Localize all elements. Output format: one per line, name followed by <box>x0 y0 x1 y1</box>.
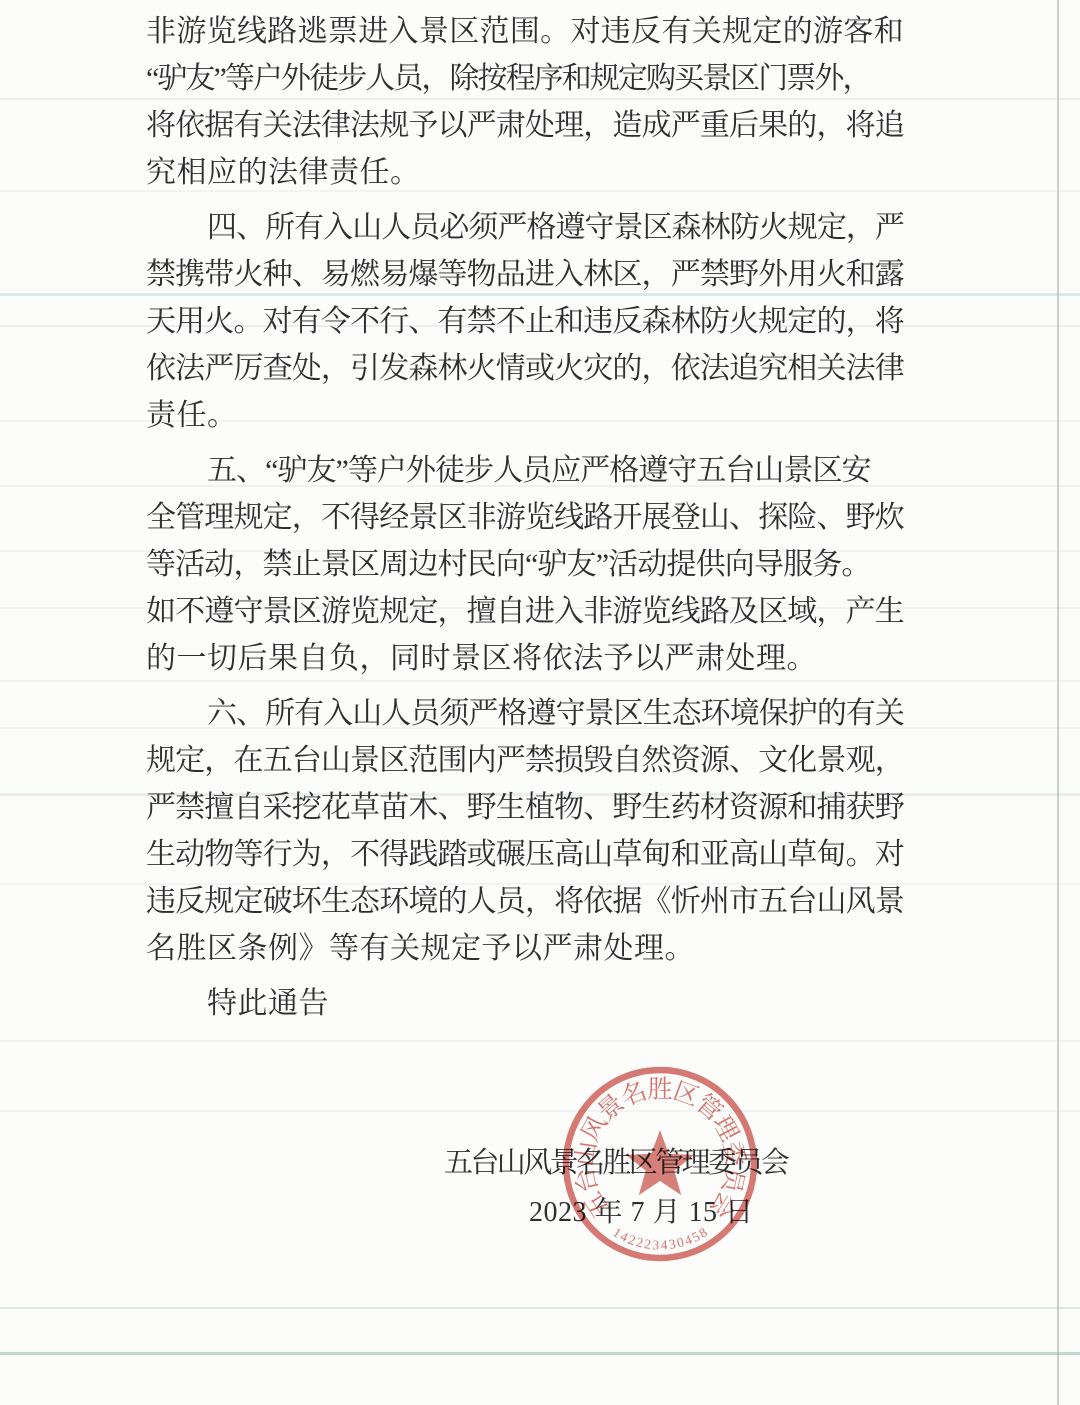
scan-artifact-line <box>0 1040 1080 1042</box>
seal-arc-char: 胜 <box>647 1076 672 1104</box>
text-line: “驴友”等户外徒步人员，除按程序和规定购买景区门票外， <box>146 55 906 102</box>
text-line: 等活动，禁止景区周边村民向“驴友”活动提供向导服务。 <box>146 541 906 588</box>
text-line: 全管理规定，不得经景区非游览线路开展登山、探险、野炊 <box>146 494 906 541</box>
text-line: 究相应的法律责任。 <box>146 149 906 196</box>
official-seal: 五台山风景名胜区管理委员会142223430458 <box>559 1063 761 1265</box>
text-line: 严禁擅自采挖花草苗木、野生植物、野生药材资源和捕获野 <box>146 784 906 831</box>
star-icon <box>626 1130 694 1195</box>
text-line: 禁携带火种、易燃易爆等物品进入林区，严禁野外用火和露 <box>146 251 906 298</box>
seal-arc-char: 委 <box>718 1139 749 1168</box>
seal-code-digit: 2 <box>643 1236 652 1252</box>
text-line: 将依据有关法律法规予以严肃处理，造成严重后果的，将追 <box>146 102 906 149</box>
document-body: 非游览线路逃票进入景区范围。对违反有关规定的游客和“驴友”等户外徒步人员，除按程… <box>146 8 906 1027</box>
text-line: 生动物等行为，不得践踏或碾压高山草甸和亚高山草甸。对 <box>146 831 906 878</box>
text-line: 天用火。对有令不行、有禁不止和违反森林防火规定的，将 <box>146 298 906 345</box>
text-line: 四、所有入山人员必须严格遵守景区森林防火规定，严 <box>146 204 906 251</box>
text-line: 如不遵守景区游览规定，擅自进入非游览线路及区域，产生 <box>146 588 906 635</box>
text-line: 六、所有入山人员须严格遵守景区生态环境保护的有关 <box>146 690 906 737</box>
text-line: 名胜区条例》等有关规定予以严肃处理。 <box>146 925 906 972</box>
text-line: 规定，在五台山景区范围内严禁损毁自然资源、文化景观， <box>146 737 906 784</box>
text-line: 责任。 <box>146 392 906 439</box>
scanned-notice-page: 非游览线路逃票进入景区范围。对违反有关规定的游客和“驴友”等户外徒步人员，除按程… <box>0 0 1080 1405</box>
text-line: 违反规定破坏生态环境的人员，将依据《忻州市五台山风景 <box>146 878 906 925</box>
text-line: 的一切后果自负，同时景区将依法予以严肃处理。 <box>146 635 906 682</box>
scan-artifact-line <box>0 1352 1080 1355</box>
text-line: 依法严厉查处，引发森林火情或火灾的，依法追究相关法律 <box>146 345 906 392</box>
text-line: 五、“驴友”等户外徒步人员应严格遵守五台山景区安 <box>146 447 906 494</box>
scan-artifact-line <box>0 1307 1080 1309</box>
text-line: 特此通告 <box>146 980 906 1027</box>
seal-code-digit: 3 <box>652 1237 660 1252</box>
scan-artifact-line <box>0 1110 1080 1112</box>
text-line: 非游览线路逃票进入景区范围。对违反有关规定的游客和 <box>146 8 906 55</box>
page-fold-line <box>1057 0 1059 1405</box>
seal-code-digit: 4 <box>660 1237 668 1252</box>
seal-arc-char: 台 <box>571 1165 604 1195</box>
